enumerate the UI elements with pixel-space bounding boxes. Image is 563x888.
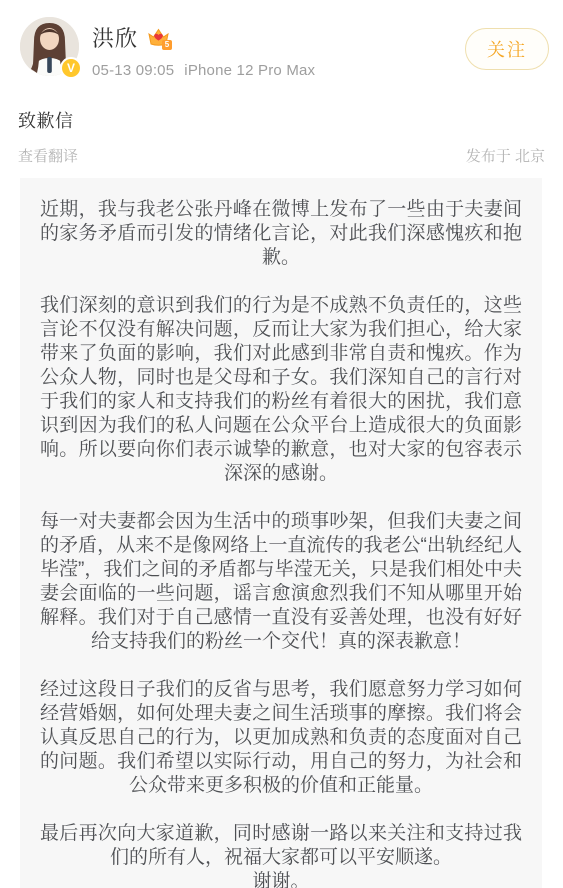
letter-paragraph: 我们深刻的意识到我们的行为是不成熟不负责任的，这些言论不仅没有解决问题，反而让大… bbox=[40, 294, 522, 486]
letter-body: 近期，我与我老公张丹峰在微博上发布了一些由于夫妻间的家务矛盾而引发的情绪化言论，… bbox=[40, 198, 522, 888]
apology-letter-image[interactable]: 近期，我与我老公张丹峰在微博上发布了一些由于夫妻间的家务矛盾而引发的情绪化言论，… bbox=[20, 178, 542, 888]
vip-crown-icon: 5 bbox=[146, 25, 171, 50]
weibo-post-card: V 洪欣 5 05-13 09:05iPhone 12 Pro Max 关注 致… bbox=[0, 0, 563, 888]
user-avatar[interactable]: V bbox=[20, 17, 79, 76]
verified-v-icon: V bbox=[60, 57, 82, 79]
timestamp: 05-13 09:05 bbox=[92, 62, 174, 79]
post-header: V 洪欣 5 05-13 09:05iPhone 12 Pro Max 关注 bbox=[0, 0, 563, 80]
post-title: 致歉信 bbox=[18, 107, 545, 133]
letter-paragraph: 每一对夫妻都会因为生活中的琐事吵架，但我们夫妻之间的矛盾，从来不是像网络上一直流… bbox=[40, 510, 522, 654]
letter-paragraph: 近期，我与我老公张丹峰在微博上发布了一些由于夫妻间的家务矛盾而引发的情绪化言论，… bbox=[40, 198, 522, 270]
follow-button[interactable]: 关注 bbox=[465, 28, 549, 70]
translate-location-row: 查看翻译 发布于 北京 bbox=[18, 145, 545, 166]
letter-paragraph: 经过这段日子我们的反省与思考，我们愿意努力学习如何经营婚姻，如何处理夫妻之间生活… bbox=[40, 678, 522, 798]
posted-location: 发布于 北京 bbox=[466, 145, 545, 166]
username[interactable]: 洪欣 bbox=[92, 22, 138, 53]
device-source: iPhone 12 Pro Max bbox=[184, 62, 315, 79]
view-translation-link[interactable]: 查看翻译 bbox=[18, 145, 78, 166]
user-info: 洪欣 5 05-13 09:05iPhone 12 Pro Max bbox=[92, 22, 315, 79]
letter-paragraph: 最后再次向大家道歉，同时感谢一路以来关注和支持过我们的所有人，祝福大家都可以平安… bbox=[40, 822, 522, 888]
vip-level-number: 5 bbox=[162, 40, 172, 50]
post-meta: 05-13 09:05iPhone 12 Pro Max bbox=[92, 62, 315, 79]
